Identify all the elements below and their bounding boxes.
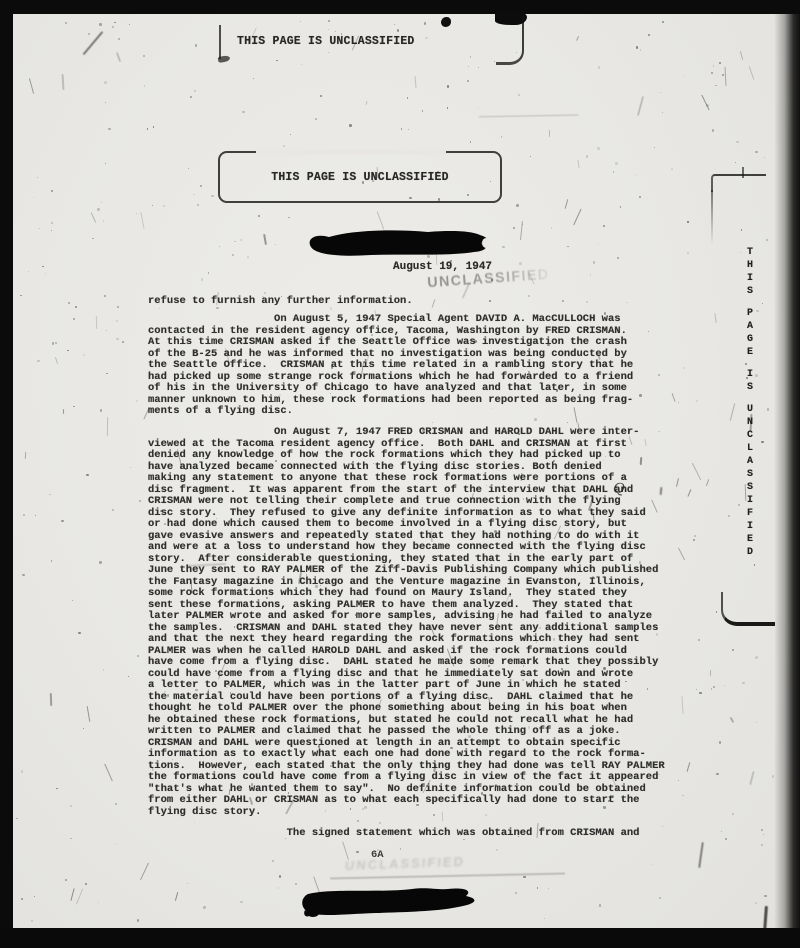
sidebar-letter: E bbox=[747, 533, 753, 546]
typed-line: denied any knowledge of how the rock for… bbox=[148, 450, 665, 462]
typed-line: flying disc story. bbox=[148, 807, 665, 819]
sidebar-letter: T bbox=[747, 246, 753, 259]
sidebar-letter: H bbox=[747, 259, 753, 272]
sidebar-letter: S bbox=[747, 285, 753, 298]
sidebar-bracket-bottom bbox=[721, 592, 775, 626]
sidebar-bracket-top bbox=[711, 174, 766, 192]
typed-line: later PALMER wrote and asked for more sa… bbox=[148, 611, 665, 623]
scanned-document-page: THIS PAGE IS UNCLASSIFIED THIS PAGE IS U… bbox=[0, 0, 800, 948]
typed-line: On August 7, 1947 FRED CRISMAN and HAROL… bbox=[148, 427, 665, 439]
sidebar-letter: S bbox=[747, 481, 753, 494]
typed-line: refuse to furnish any further informatio… bbox=[148, 296, 413, 308]
typed-line: or had done which caused them to become … bbox=[148, 519, 665, 531]
typed-line: On August 5, 1947 Special Agent DAVID A.… bbox=[148, 314, 633, 326]
typed-line: and were at a loss to understand how the… bbox=[148, 542, 665, 554]
typed-paragraph: The signed statement which was obtained … bbox=[148, 828, 639, 840]
box-faded-edge bbox=[256, 149, 446, 155]
classification-box: THIS PAGE IS UNCLASSIFIED bbox=[218, 151, 502, 203]
typed-line: At this time CRISMAN asked if the Seattl… bbox=[148, 337, 633, 349]
typed-line: from either DAHL or CRISMAN as to what e… bbox=[148, 795, 665, 807]
typed-line: some rock formations which they had foun… bbox=[148, 588, 665, 600]
boxed-classification-label: THIS PAGE IS UNCLASSIFIED bbox=[271, 171, 449, 184]
typed-line: CRISMAN were not telling their complete … bbox=[148, 496, 665, 508]
sidebar-letter: A bbox=[747, 320, 753, 333]
sidebar-letter: G bbox=[747, 333, 753, 346]
sidebar-letter: F bbox=[747, 507, 753, 520]
typed-line: have come from a flying disc. DAHL state… bbox=[148, 657, 665, 669]
crop-mark-icon bbox=[218, 55, 231, 63]
sidebar-letter: N bbox=[747, 416, 753, 429]
sidebar-letter: I bbox=[747, 520, 753, 533]
redaction-mark bbox=[298, 882, 490, 920]
faded-stamp-smudge: UNCLASSIFIED bbox=[345, 854, 466, 873]
sidebar-letter: I bbox=[747, 368, 753, 381]
top-classification-label: THIS PAGE IS UNCLASSIFIED bbox=[237, 35, 415, 48]
sidebar-letter: C bbox=[747, 429, 753, 442]
typed-line: June they sent to RAY PALMER of the Ziff… bbox=[148, 565, 665, 577]
ink-dot bbox=[441, 17, 451, 27]
scan-border-top bbox=[0, 0, 800, 14]
sidebar-letter: D bbox=[747, 546, 753, 559]
sidebar-bracket-tick bbox=[742, 167, 744, 178]
crop-mark-icon bbox=[496, 16, 524, 65]
redaction-mark bbox=[303, 226, 493, 260]
sidebar-letter: U bbox=[747, 403, 753, 416]
sidebar-letter: A bbox=[747, 455, 753, 468]
typed-line: written to PALMER and claimed that he pa… bbox=[148, 726, 665, 738]
sidebar-bracket-tail bbox=[711, 190, 713, 245]
typed-paragraph: refuse to furnish any further informatio… bbox=[148, 296, 413, 308]
sidebar-classification-label: THISPAGEISUNCLASSIFIED bbox=[742, 246, 758, 559]
typed-line: The signed statement which was obtained … bbox=[148, 828, 639, 840]
typed-line: making any statement to anyone that thes… bbox=[148, 473, 665, 485]
typed-line: the Seattle Office. CRISMAN at this time… bbox=[148, 360, 633, 372]
typed-line: a letter to PALMER, which was in the lat… bbox=[148, 680, 665, 692]
typed-line: thought he told PALMER over the phone so… bbox=[148, 703, 665, 715]
sidebar-letter: P bbox=[747, 307, 753, 320]
margin-annotation: Q bbox=[612, 480, 626, 497]
typed-line: of his in the University of Chicago to h… bbox=[148, 383, 633, 395]
faded-stamp-underline bbox=[330, 873, 565, 880]
typed-paragraph: On August 5, 1947 Special Agent DAVID A.… bbox=[148, 314, 633, 418]
scan-border-left bbox=[0, 0, 13, 948]
typed-line: the formations could have come from a fl… bbox=[148, 772, 665, 784]
sidebar-letter: E bbox=[747, 346, 753, 359]
typed-line: information as to exactly what each one … bbox=[148, 749, 665, 761]
typed-line: ments of a flying disc. bbox=[148, 406, 633, 418]
sidebar-letter: I bbox=[747, 494, 753, 507]
scan-border-bottom bbox=[0, 928, 800, 948]
typed-line: and that the next they heard regarding t… bbox=[148, 634, 665, 646]
sidebar-letter: L bbox=[747, 442, 753, 455]
crop-mark-icon bbox=[219, 25, 231, 59]
sidebar-letter: I bbox=[747, 272, 753, 285]
sidebar-letter: S bbox=[747, 468, 753, 481]
typed-paragraph: On August 7, 1947 FRED CRISMAN and HAROL… bbox=[148, 427, 665, 818]
sidebar-letter: S bbox=[747, 381, 753, 394]
scan-edge-shadow-right bbox=[774, 0, 800, 948]
